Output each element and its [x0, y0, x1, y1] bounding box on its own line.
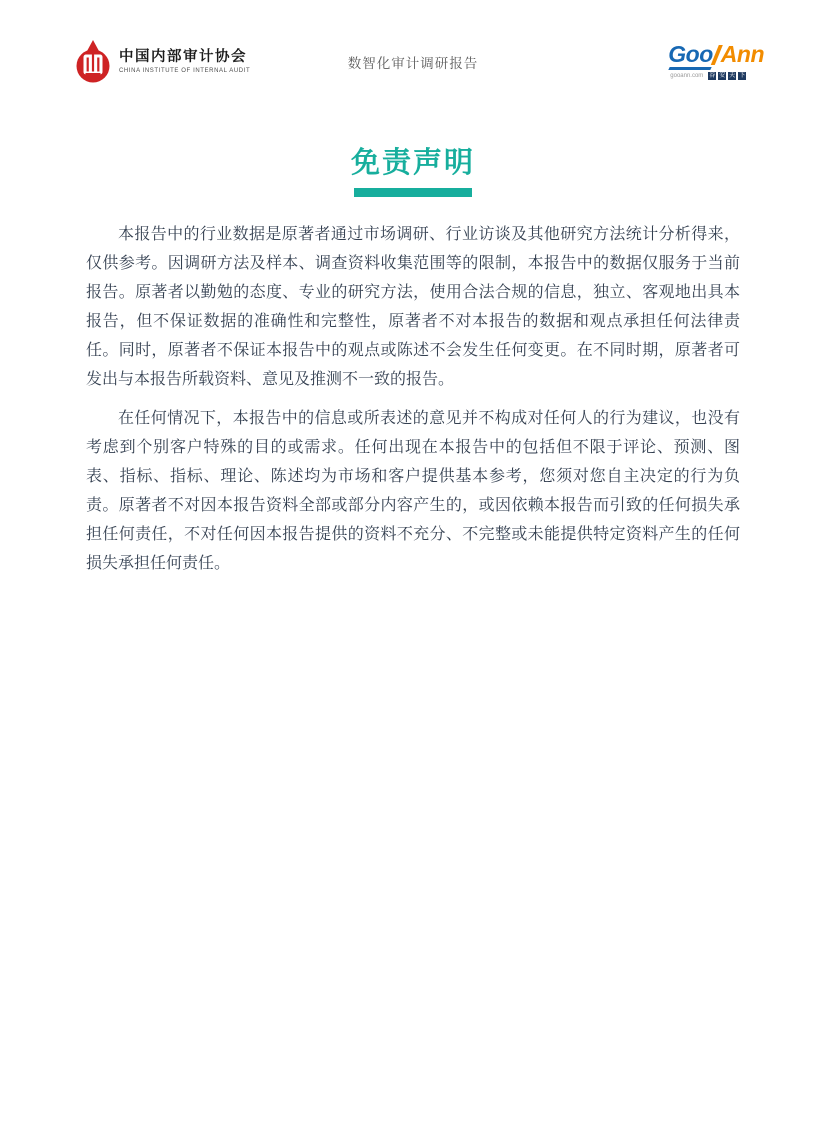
gooann-subline: gooann.com 谷 安 天 下 — [670, 72, 748, 80]
title-underline — [354, 188, 472, 197]
disclaimer-paragraph-2: 在任何情况下，本报告中的信息或所表述的意见并不构成对任何人的行为建议，也没有考虑… — [86, 404, 740, 578]
page-header: 中国内部审计协会 CHINA INSTITUTE OF INTERNAL AUD… — [0, 0, 826, 100]
page-title: 免责声明 — [0, 140, 826, 181]
gooann-tagline-square: 天 — [728, 72, 736, 80]
gooann-wordmark: Goo Ann — [668, 42, 764, 66]
disclaimer-paragraph-1: 本报告中的行业数据是原著者通过市场调研、行业访谈及其他研究方法统计分析得来，仅供… — [86, 220, 740, 394]
disclaimer-body: 本报告中的行业数据是原著者通过市场调研、行业访谈及其他研究方法统计分析得来，仅供… — [86, 220, 740, 578]
gooann-domain-text: gooann.com — [670, 73, 703, 79]
page-main: 免责声明 本报告中的行业数据是原著者通过市场调研、行业访谈及其他研究方法统计分析… — [0, 140, 826, 578]
gooann-logo: Goo Ann gooann.com 谷 安 天 下 — [668, 42, 764, 80]
gooann-ann-text: Ann — [721, 43, 764, 66]
report-page: 中国内部审计协会 CHINA INSTITUTE OF INTERNAL AUD… — [0, 0, 826, 1122]
gooann-tagline-square: 安 — [718, 72, 726, 80]
gooann-tagline-square: 下 — [738, 72, 746, 80]
gooann-tagline-square: 谷 — [708, 72, 716, 80]
gooann-goo-text: Goo — [668, 43, 714, 66]
